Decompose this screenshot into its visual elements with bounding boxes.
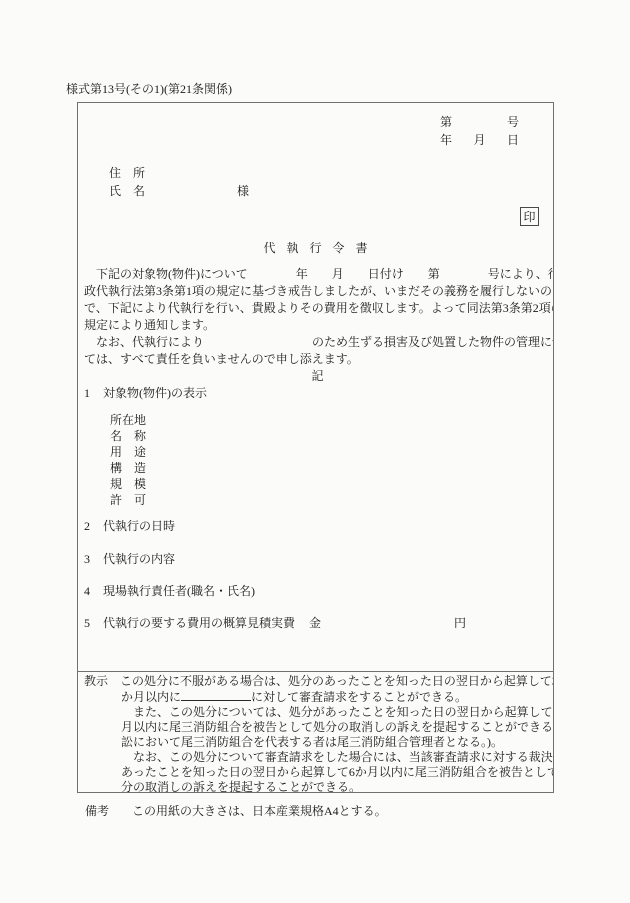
item-1-label: 対象物(物件)の表示 [103, 386, 207, 400]
kyoji-line-1-text: この処分に不服がある場合は、処分のあったことを知った日の翌日から起算して3 [120, 674, 554, 688]
kyoji-line-4: 月以内に尾三消防組合を被告として処分の取消しの訴えを提起することができる(訴 [121, 720, 551, 735]
addressee-block: 住 所 氏 名様 [109, 165, 249, 200]
date-year-label: 年 [440, 132, 452, 150]
date-line: 年 月 日 [440, 132, 519, 150]
item-2-number: 2 [84, 518, 103, 535]
kyoji-line-3: また、この処分については、処分があったことを知った日の翌日から起算して6か [121, 705, 551, 720]
kyoji-label: 教示 [84, 674, 108, 688]
field-use: 用 途 [110, 444, 551, 460]
item-3-number: 3 [84, 551, 103, 568]
item-2: 2代執行の日時 [84, 518, 551, 535]
item-5-number: 5 [84, 615, 103, 632]
kyoji-line-7: あったことを知った日の翌日から起算して6か月以内に尾三消防組合を被告として処 [121, 765, 551, 780]
kyoji-line-2-pre: か月以内に [121, 690, 181, 704]
field-name: 名 称 [110, 428, 551, 444]
document-title: 代執行令書 [78, 239, 553, 256]
appeal-notice-section: 教示この処分に不服がある場合は、処分のあったことを知った日の翌日から起算して3 … [78, 671, 553, 792]
doc-number-suffix: 号 [507, 114, 519, 132]
address-label: 住 所 [109, 165, 249, 183]
doc-number-date-block: 第 号 年 月 日 [440, 114, 519, 149]
form-number-label: 様式第13号(その1)(第21条関係) [66, 82, 232, 97]
item-4-number: 4 [84, 583, 103, 600]
kyoji-line-1: 教示この処分に不服がある場合は、処分のあったことを知った日の翌日から起算して3 [84, 674, 551, 689]
name-label: 氏 名 [109, 184, 145, 198]
date-day-label: 日 [507, 132, 519, 150]
name-line: 氏 名様 [109, 183, 249, 201]
field-scale: 規 模 [110, 476, 551, 492]
date-month-label: 月 [473, 132, 485, 150]
paragraph2-line2: ては、すべて責任を負いませんので申し添えます。 [84, 351, 551, 368]
remark-label: 備考 [85, 804, 109, 818]
doc-number-line: 第 号 [440, 114, 519, 132]
document-body: 下記の対象物(物件)について 年 月 日付け 第 号により、行 政代執行法第3条… [84, 266, 551, 632]
document-frame: 第 号 年 月 日 住 所 氏 名様 印 代執行令書 下記の対象物(物件)につい… [77, 102, 554, 793]
honorific-label: 様 [237, 184, 249, 198]
item-5-label: 代執行の要する費用の概算見積実費 [103, 616, 295, 630]
paragraph1-line4: 規定により通知します。 [84, 317, 551, 334]
property-field-list: 所在地 名 称 用 途 構 造 規 模 許 可 [110, 412, 551, 508]
remark-note: 備考この用紙の大きさは、日本産業規格A4とする。 [85, 804, 387, 819]
item-1: 1対象物(物件)の表示 [84, 385, 551, 402]
paragraph1-line2: 政代執行法第3条第1項の規定に基づき戒告しましたが、いまだその義務を履行しないの [84, 283, 551, 300]
field-permit: 許 可 [110, 492, 551, 508]
blank-field [181, 689, 251, 701]
item-4: 4現場執行責任者(職名・氏名) [84, 583, 551, 600]
paragraph2-line1: なお、代執行により のため生ずる損害及び処置した物件の管理につい [84, 334, 551, 351]
kyoji-line-2: か月以内にに対して審査請求をすることができる。 [121, 689, 551, 705]
item-3-label: 代執行の内容 [103, 552, 175, 566]
kyoji-line-8: 分の取消しの訴えを提起することができる。 [121, 780, 551, 793]
kyoji-line-6: なお、この処分について審査請求をした場合には、当該審査請求に対する裁決が [121, 750, 551, 765]
seal-character: 印 [523, 208, 535, 225]
record-marker: 記 [84, 368, 551, 385]
item-5: 5代執行の要する費用の概算見積実費金円 [84, 615, 551, 632]
currency-label: 金 [309, 616, 321, 630]
paragraph1-line1: 下記の対象物(物件)について 年 月 日付け 第 号により、行 [84, 266, 551, 283]
kyoji-line-5: 訟において尾三消防組合を代表する者は尾三消防組合管理者となる。)。 [121, 735, 551, 750]
yen-unit-label: 円 [454, 616, 466, 630]
field-structure: 構 造 [110, 460, 551, 476]
doc-number-prefix: 第 [440, 114, 452, 132]
remark-text: この用紙の大きさは、日本産業規格A4とする。 [132, 804, 387, 818]
paragraph1-line3: で、下記により代執行を行い、貴殿よりその費用を徴収します。よって同法第3条第2項… [84, 300, 551, 317]
item-2-label: 代執行の日時 [103, 519, 175, 533]
kyoji-line-2-post: に対して審査請求をすることができる。 [251, 690, 467, 704]
scanned-form-page: 様式第13号(その1)(第21条関係) 第 号 年 月 日 住 所 氏 名様 印… [0, 0, 630, 903]
item-3: 3代執行の内容 [84, 551, 551, 568]
field-location: 所在地 [110, 412, 551, 428]
seal-mark: 印 [520, 207, 539, 226]
item-1-number: 1 [84, 385, 103, 402]
item-4-label: 現場執行責任者(職名・氏名) [103, 584, 255, 598]
